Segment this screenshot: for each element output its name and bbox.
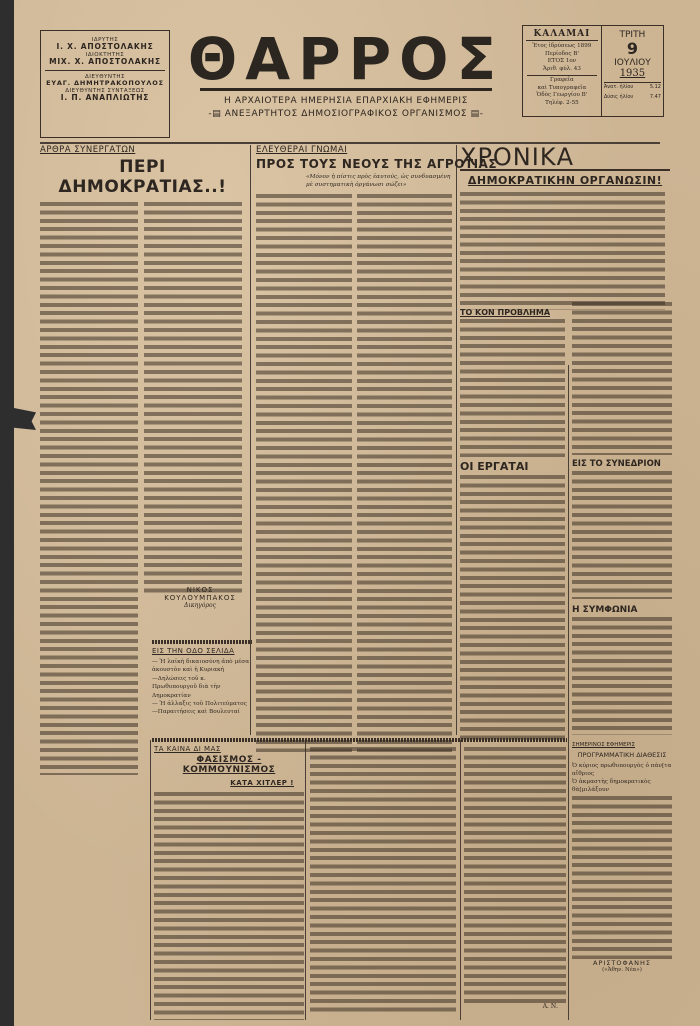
- year-label: ΕΤΟΣ 1ον: [523, 58, 601, 66]
- subheading: ΕΙΣ ΤΟ ΣΥΝΕΔΡΙΟΝ: [572, 459, 672, 469]
- founder-name: Ι. Χ. ΑΠΟΣΤΟΛΑΚΗΣ: [41, 43, 169, 52]
- satire-headline: ΠΡΟΓΡΑΜΜΑΤΙΚΗ ΔΙΑΘΕΣΙΣ: [572, 751, 672, 759]
- satire-text: .: [572, 794, 672, 959]
- day-number: 9: [602, 40, 663, 58]
- year: 1935: [602, 68, 663, 79]
- masthead-tagline: -▤ ΑΝΕΞΑΡΤΗΤΟΣ ΔΗΜΟΣΙΟΓΡΑΦΙΚΟΣ ΟΡΓΑΝΙΣΜΟ…: [186, 108, 506, 121]
- box-items: — Ἡ λαϊκὴ δικαιοσύνη ἀπὸ μέσα ἀκουστὸν κ…: [152, 658, 250, 717]
- issue-number: Ἀριθ. φύλ. 43: [523, 66, 601, 74]
- article-kicker: ΕΛΕΥΘΕΡΑΙ ΓΝΩΜΑΙ: [256, 145, 452, 155]
- subheading: ΟΙ ΕΡΓΑΤΑΙ: [460, 460, 565, 473]
- subheading: Η ΣΥΜΦΩΝΙΑ: [572, 605, 672, 615]
- sub-article-problem: ΤΟ ΚΟΝ ΠΡΟΒΛΗΜΑ .: [460, 308, 565, 457]
- byline-title: Δικηγόρος: [150, 602, 250, 609]
- city: ΚΑΛΑΜΑΙ: [526, 28, 598, 41]
- article-kicker: ΤΑ ΚΑΙΝΑ ΔΙ ΜΑΣ: [154, 745, 304, 753]
- satire-line: Ὁ ἀκμαστὴς δημοκρατικὸς θὰ[μιλάξουν: [572, 778, 672, 794]
- column-rule: [150, 740, 151, 1020]
- eis-tin-selida-box: ΕΙΣ ΤΗΝ ΟΔΟ ΣΕΛΙΔΑ — Ἡ λαϊκὴ δικαιοσύνη …: [152, 647, 250, 717]
- article-text-col: .: [256, 192, 352, 752]
- column-rule: [305, 740, 306, 1020]
- box-item: —Δηλώσεις τοῦ κ. Πρωθυπουργοῦ διὰ τὴν Δη…: [152, 675, 250, 700]
- founded-year: Ἐτος ἱδρύσεως 1899: [523, 43, 601, 51]
- article-text: .: [464, 745, 566, 1003]
- issue-info-box: ΚΑΛΑΜΑΙ Ἐτος ἱδρύσεως 1899 Περίοδος Β' Ε…: [522, 25, 664, 117]
- byline-block: ΝΙΚΟΣ ΚΟΥΛΟΥΜΠΑΚΟΣ Δικηγόρος: [150, 586, 250, 609]
- satire-line: Ὁ κύριος πρωθυπουργὸς ὁ πάν[τα αἴθριος: [572, 762, 672, 778]
- article-lead: «Μόνον ἡ πίστις πρὸς ἑαυτούς, ὡς συνδυασ…: [306, 174, 452, 189]
- chronika-section: ΧΡΟΝΙΚΑ ΔΗΜΟΚΡΑΤΙΚΗΝ ΟΡΓΑΝΩΣΙΝ! .: [460, 145, 670, 310]
- box-item: —Παραιτήσεις καὶ Βουλευταί: [152, 708, 250, 716]
- masthead: ΘΑΡΡΟΣ Η ΑΡΧΑΙΟΤΕΡΑ ΗΜΕΡΗΣΙΑ ΕΠΑΡΧΙΑΚΗ Ε…: [186, 30, 506, 121]
- article-headline: ΠΕΡΙ ΔΗΜΟΚΡΑΤΙΑΣ..!: [40, 157, 245, 197]
- divider: [45, 70, 165, 71]
- issue-details: ΚΑΛΑΜΑΙ Ἐτος ἱδρύσεως 1899 Περίοδος Β' Ε…: [523, 26, 602, 116]
- issue-date: ΤΡΙΤΗ 9 ΙΟΥΛΙΟΥ 1935 Ἀνατ. ἡλίου5.12 Δύσ…: [602, 26, 663, 116]
- column-rule: [568, 365, 569, 1020]
- byline-name: ΝΙΚΟΣ ΚΟΥΛΟΥΜΠΑΚΟΣ: [150, 586, 250, 602]
- article-text-col: .: [40, 200, 138, 775]
- satire-author: ΑΡΙΣΤΟΦΑΝΗΣ: [572, 959, 672, 967]
- chronika-text: .: [460, 190, 665, 310]
- ornament-left-icon: -▤: [208, 109, 224, 119]
- article-text-col: .: [357, 192, 453, 752]
- article-body: . .: [256, 192, 452, 752]
- box-item: — Ἡ λαϊκὴ δικαιοσύνη ἀπὸ μέσα ἀκουστὸν κ…: [152, 658, 250, 675]
- box-item: — Ἡ ἀλλαξις τοῦ Πολιτεύματος: [152, 700, 250, 708]
- phone: Τηλέφ. 2-55: [523, 100, 601, 108]
- sunset-row: Δύσις ἡλίου7.47: [604, 93, 661, 100]
- period: Περίοδος Β': [523, 51, 601, 59]
- chronika-col-right: . ΕΙΣ ΤΟ ΣΥΝΕΔΡΙΟΝ . Η ΣΥΜΦΩΝΙΑ .: [572, 300, 672, 735]
- sub-article-text: .: [460, 317, 565, 457]
- sub-article-text: .: [460, 473, 565, 743]
- sub-article-text: .: [572, 469, 672, 599]
- article-subheadline: ΚΑΤΑ ΧΙΤΛΕΡ !: [164, 779, 294, 787]
- column-rule: [460, 740, 461, 1020]
- masthead-subtitle: Η ΑΡΧΑΙΟΤΕΡΑ ΗΜΕΡΗΣΙΑ ΕΠΑΡΧΙΑΚΗ ΕΦΗΜΕΡΙΣ: [186, 95, 506, 108]
- signature: Α. Ν.: [464, 1003, 558, 1010]
- article-fasismos: ΤΑ ΚΑΙΝΑ ΔΙ ΜΑΣ ΦΑΣΙΣΜΟΣ - ΚΟΜΜΟΥΝΙΣΜΟΣ …: [154, 745, 304, 1020]
- article-text: .: [310, 745, 456, 1015]
- box-headline: ΕΙΣ ΤΗΝ ΟΔΟ ΣΕΛΙΔΑ: [152, 647, 250, 655]
- sunrise-row: Ἀνατ. ἡλίου5.12: [604, 82, 661, 90]
- owner-name: ΜΙΧ. Χ. ΑΠΟΣΤΟΛΑΚΗΣ: [41, 58, 169, 67]
- article-continuation: .: [310, 745, 456, 1015]
- satire-column: ΣΗΜΕΡΙΝΟΣ ΕΦΗΜΕΡΙΣ ΠΡΟΓΡΑΜΜΑΤΙΚΗ ΔΙΑΘΕΣΙ…: [572, 742, 672, 973]
- founders-box: ΙΔΡΥΤΗΣ Ι. Χ. ΑΠΟΣΤΟΛΑΚΗΣ ΙΔΙΟΚΤΗΤΗΣ ΜΙΧ…: [40, 30, 170, 138]
- street: Ὁδὸς Γεωργίου Β': [523, 92, 601, 100]
- article-continuation: . Α. Ν.: [464, 745, 566, 1010]
- article-pros-tous-neous: ΕΛΕΥΘΕΡΑΙ ΓΝΩΜΑΙ ΠΡΟΣ ΤΟΥΣ ΝΕΟΥΣ ΤΗΣ ΑΓΡ…: [256, 145, 452, 752]
- article-kicker: ΑΡΘΡΑ ΣΥΝΕΡΓΑΤΩΝ: [40, 145, 245, 155]
- column-rule: [456, 145, 457, 735]
- section-title: ΧΡΟΝΙΚΑ: [460, 145, 670, 171]
- satire-source: («Ἀθην. Νέα»): [572, 967, 672, 973]
- newspaper-title: ΘΑΡΡΟΣ: [186, 30, 506, 88]
- dotted-rule: [152, 640, 252, 644]
- article-headline: ΦΑΣΙΣΜΟΣ - ΚΟΜΜΟΥΝΙΣΜΟΣ: [154, 755, 304, 775]
- sub-article-text: .: [572, 615, 672, 735]
- article-headline: ΠΡΟΣ ΤΟΥΣ ΝΕΟΥΣ ΤΗΣ ΑΓΡΟΤΙΑΣ: [256, 157, 452, 171]
- binding-edge: [0, 0, 14, 1026]
- ornament-right-icon: ▤-: [467, 109, 483, 119]
- editor-name: Ι. Π. ΑΝΑΠΛΙΩΤΗΣ: [41, 94, 169, 103]
- column-rule: [250, 145, 251, 735]
- month: ΙΟΥΛΙΟΥ: [602, 58, 663, 68]
- office-label: Γραφεῖα: [523, 77, 601, 85]
- article-text-col: .: [144, 200, 242, 595]
- dotted-rule: [152, 738, 567, 742]
- article-text: .: [154, 790, 304, 1020]
- subheading: ΤΟ ΚΟΝ ΠΡΟΒΛΗΜΑ: [460, 308, 565, 317]
- satire-kicker: ΣΗΜΕΡΙΝΟΣ ΕΦΗΜΕΡΙΣ: [572, 742, 672, 748]
- sub-article-workers: ΟΙ ΕΡΓΑΤΑΙ .: [460, 460, 565, 743]
- sub-article-text: .: [572, 300, 672, 455]
- director-name: ΕΥΑΓ. ΔΗΜΗΤΡΑΚΟΠΟΥΛΟΣ: [41, 80, 169, 87]
- chronika-headline: ΔΗΜΟΚΡΑΤΙΚΗΝ ΟΡΓΑΝΩΣΙΝ!: [460, 174, 670, 187]
